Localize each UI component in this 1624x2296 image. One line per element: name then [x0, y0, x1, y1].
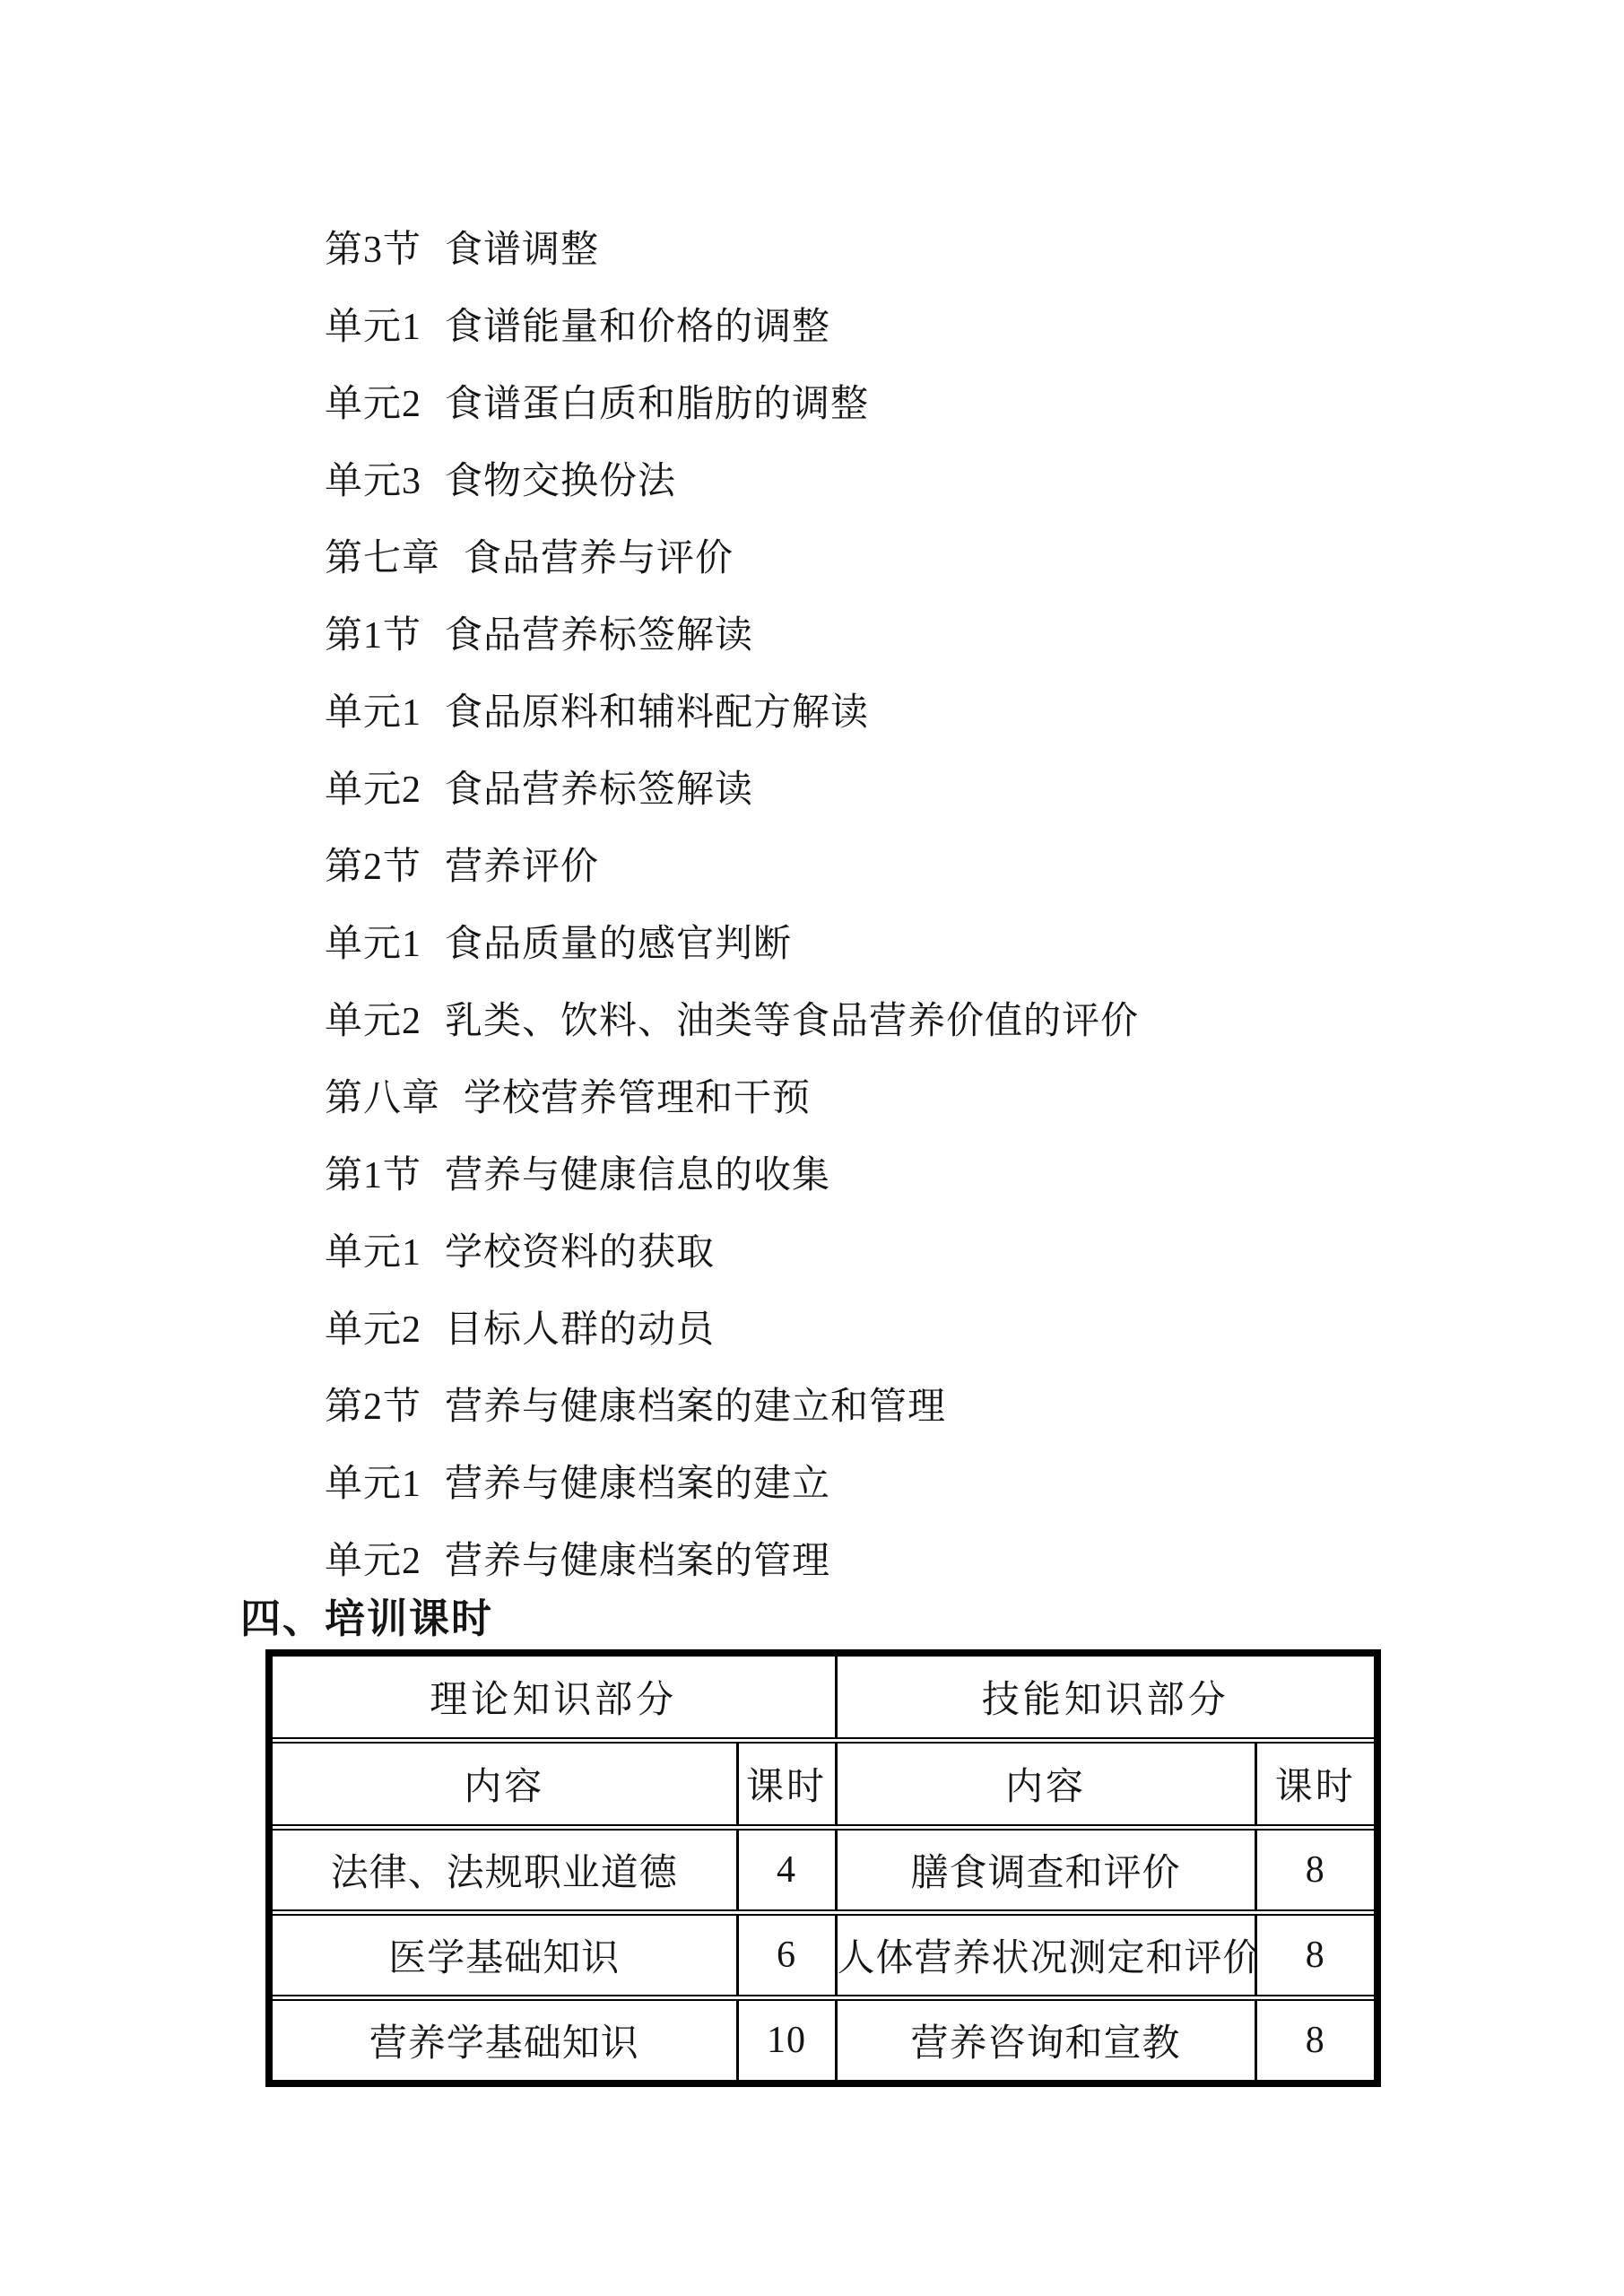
outline-item-title: 食谱能量和价格的调整: [445, 297, 830, 351]
outline-item-title: 食品质量的感官判断: [445, 914, 792, 968]
skill-content-cell: 膳食调查和评价: [836, 1828, 1255, 1913]
skill-hours-header: 课时: [1255, 1741, 1377, 1828]
outline-item: 第2节 营养与健康档案的建立和管理: [325, 1365, 1139, 1442]
outline-item-title: 学校资料的获取: [445, 1222, 715, 1276]
outline-item: 第1节 食品营养标签解读: [325, 594, 1139, 671]
outline-item-title: 营养与健康档案的建立和管理: [445, 1377, 946, 1431]
outline-item-title: 食品原料和辅料配方解读: [445, 683, 869, 736]
skill-content-header: 内容: [836, 1741, 1255, 1828]
outline-item-title: 营养评价: [445, 837, 599, 891]
section-heading: 四、培训课时: [240, 1586, 493, 1644]
theory-hours-cell: 10: [737, 1998, 836, 2084]
outline-item: 单元1 学校资料的获取: [325, 1211, 1139, 1288]
outline-item-label: 第八章: [325, 1068, 440, 1122]
training-hours-table: 理论知识部分 技能知识部分 内容 课时 内容 课时 法律、法规职业道德 4 膳食…: [265, 1649, 1381, 2087]
outline-item: 单元2 食谱蛋白质和脂肪的调整: [325, 362, 1139, 439]
outline-item-label: 单元2: [325, 374, 421, 428]
outline-item: 第2节 营养评价: [325, 825, 1139, 902]
theory-content-cell: 法律、法规职业道德: [269, 1828, 737, 1913]
skill-section-header: 技能知识部分: [836, 1653, 1377, 1741]
outline-item-title: 食谱调整: [445, 220, 599, 274]
outline-item-label: 单元1: [325, 1454, 421, 1508]
outline-item-label: 单元1: [325, 914, 421, 968]
skill-hours-cell: 8: [1255, 1998, 1377, 2084]
outline-item-label: 单元1: [325, 1222, 421, 1276]
outline-item-title: 食物交换份法: [445, 451, 676, 505]
skill-hours-cell: 8: [1255, 1828, 1377, 1913]
table-row: 医学基础知识 6 人体营养状况测定和评价 8: [269, 1913, 1377, 1998]
document-page: 第3节 食谱调整 单元1 食谱能量和价格的调整 单元2 食谱蛋白质和脂肪的调整 …: [0, 0, 1624, 2296]
outline-item: 第七章 食品营养与评价: [325, 517, 1139, 594]
outline-item-title: 营养与健康档案的建立: [445, 1454, 830, 1508]
training-hours-table-container: 理论知识部分 技能知识部分 内容 课时 内容 课时 法律、法规职业道德 4 膳食…: [265, 1649, 1381, 2087]
skill-content-cell: 营养咨询和宣教: [836, 1998, 1255, 2084]
outline-item: 单元1 食品原料和辅料配方解读: [325, 671, 1139, 748]
outline-item: 单元2 目标人群的动员: [325, 1288, 1139, 1365]
outline-item-label: 单元3: [325, 451, 421, 505]
outline-item-label: 单元2: [325, 991, 421, 1045]
outline-item-title: 乳类、饮料、油类等食品营养价值的评价: [445, 991, 1139, 1045]
outline-item-label: 单元1: [325, 683, 421, 736]
outline-item-title: 食品营养标签解读: [445, 760, 753, 813]
outline-item: 单元2 食品营养标签解读: [325, 748, 1139, 825]
theory-hours-cell: 4: [737, 1828, 836, 1913]
outline-item: 第八章 学校营养管理和干预: [325, 1057, 1139, 1134]
outline-item-label: 单元2: [325, 760, 421, 813]
theory-content-header: 内容: [269, 1741, 737, 1828]
outline-item-title: 食品营养与评价: [464, 528, 734, 582]
outline-item-label: 第1节: [325, 605, 421, 659]
outline-item: 单元1 营养与健康档案的建立: [325, 1442, 1139, 1519]
theory-content-cell: 医学基础知识: [269, 1913, 737, 1998]
outline-item-label: 单元2: [325, 1300, 421, 1353]
table-row: 营养学基础知识 10 营养咨询和宣教 8: [269, 1998, 1377, 2084]
outline-item-title: 食品营养标签解读: [445, 605, 753, 659]
outline-item: 单元1 食品质量的感官判断: [325, 902, 1139, 979]
skill-content-cell: 人体营养状况测定和评价: [836, 1913, 1255, 1998]
table-group-header-row: 理论知识部分 技能知识部分: [269, 1653, 1377, 1741]
table-column-header-row: 内容 课时 内容 课时: [269, 1741, 1377, 1828]
outline-item: 第1节 营养与健康信息的收集: [325, 1134, 1139, 1211]
outline-item-label: 第七章: [325, 528, 440, 582]
theory-content-cell: 营养学基础知识: [269, 1998, 737, 2084]
outline-item-label: 第1节: [325, 1145, 421, 1199]
outline-item-label: 第3节: [325, 220, 421, 274]
skill-hours-cell: 8: [1255, 1913, 1377, 1998]
outline-item-label: 第2节: [325, 837, 421, 891]
outline-item: 单元2 乳类、饮料、油类等食品营养价值的评价: [325, 979, 1139, 1057]
outline-item-title: 目标人群的动员: [445, 1300, 715, 1353]
outline-item-label: 单元1: [325, 297, 421, 351]
outline-item-title: 学校营养管理和干预: [464, 1068, 811, 1122]
outline-item-title: 营养与健康信息的收集: [445, 1145, 830, 1199]
theory-section-header: 理论知识部分: [269, 1653, 836, 1741]
theory-hours-header: 课时: [737, 1741, 836, 1828]
outline-item: 第3节 食谱调整: [325, 208, 1139, 285]
outline-item-title: 营养与健康档案的管理: [445, 1531, 830, 1585]
outline-item-label: 第2节: [325, 1377, 421, 1431]
outline-item-title: 食谱蛋白质和脂肪的调整: [445, 374, 869, 428]
outline-item: 单元3 食物交换份法: [325, 439, 1139, 517]
theory-hours-cell: 6: [737, 1913, 836, 1998]
course-outline: 第3节 食谱调整 单元1 食谱能量和价格的调整 单元2 食谱蛋白质和脂肪的调整 …: [325, 208, 1139, 1596]
table-row: 法律、法规职业道德 4 膳食调查和评价 8: [269, 1828, 1377, 1913]
outline-item: 单元1 食谱能量和价格的调整: [325, 285, 1139, 362]
outline-item-label: 单元2: [325, 1531, 421, 1585]
